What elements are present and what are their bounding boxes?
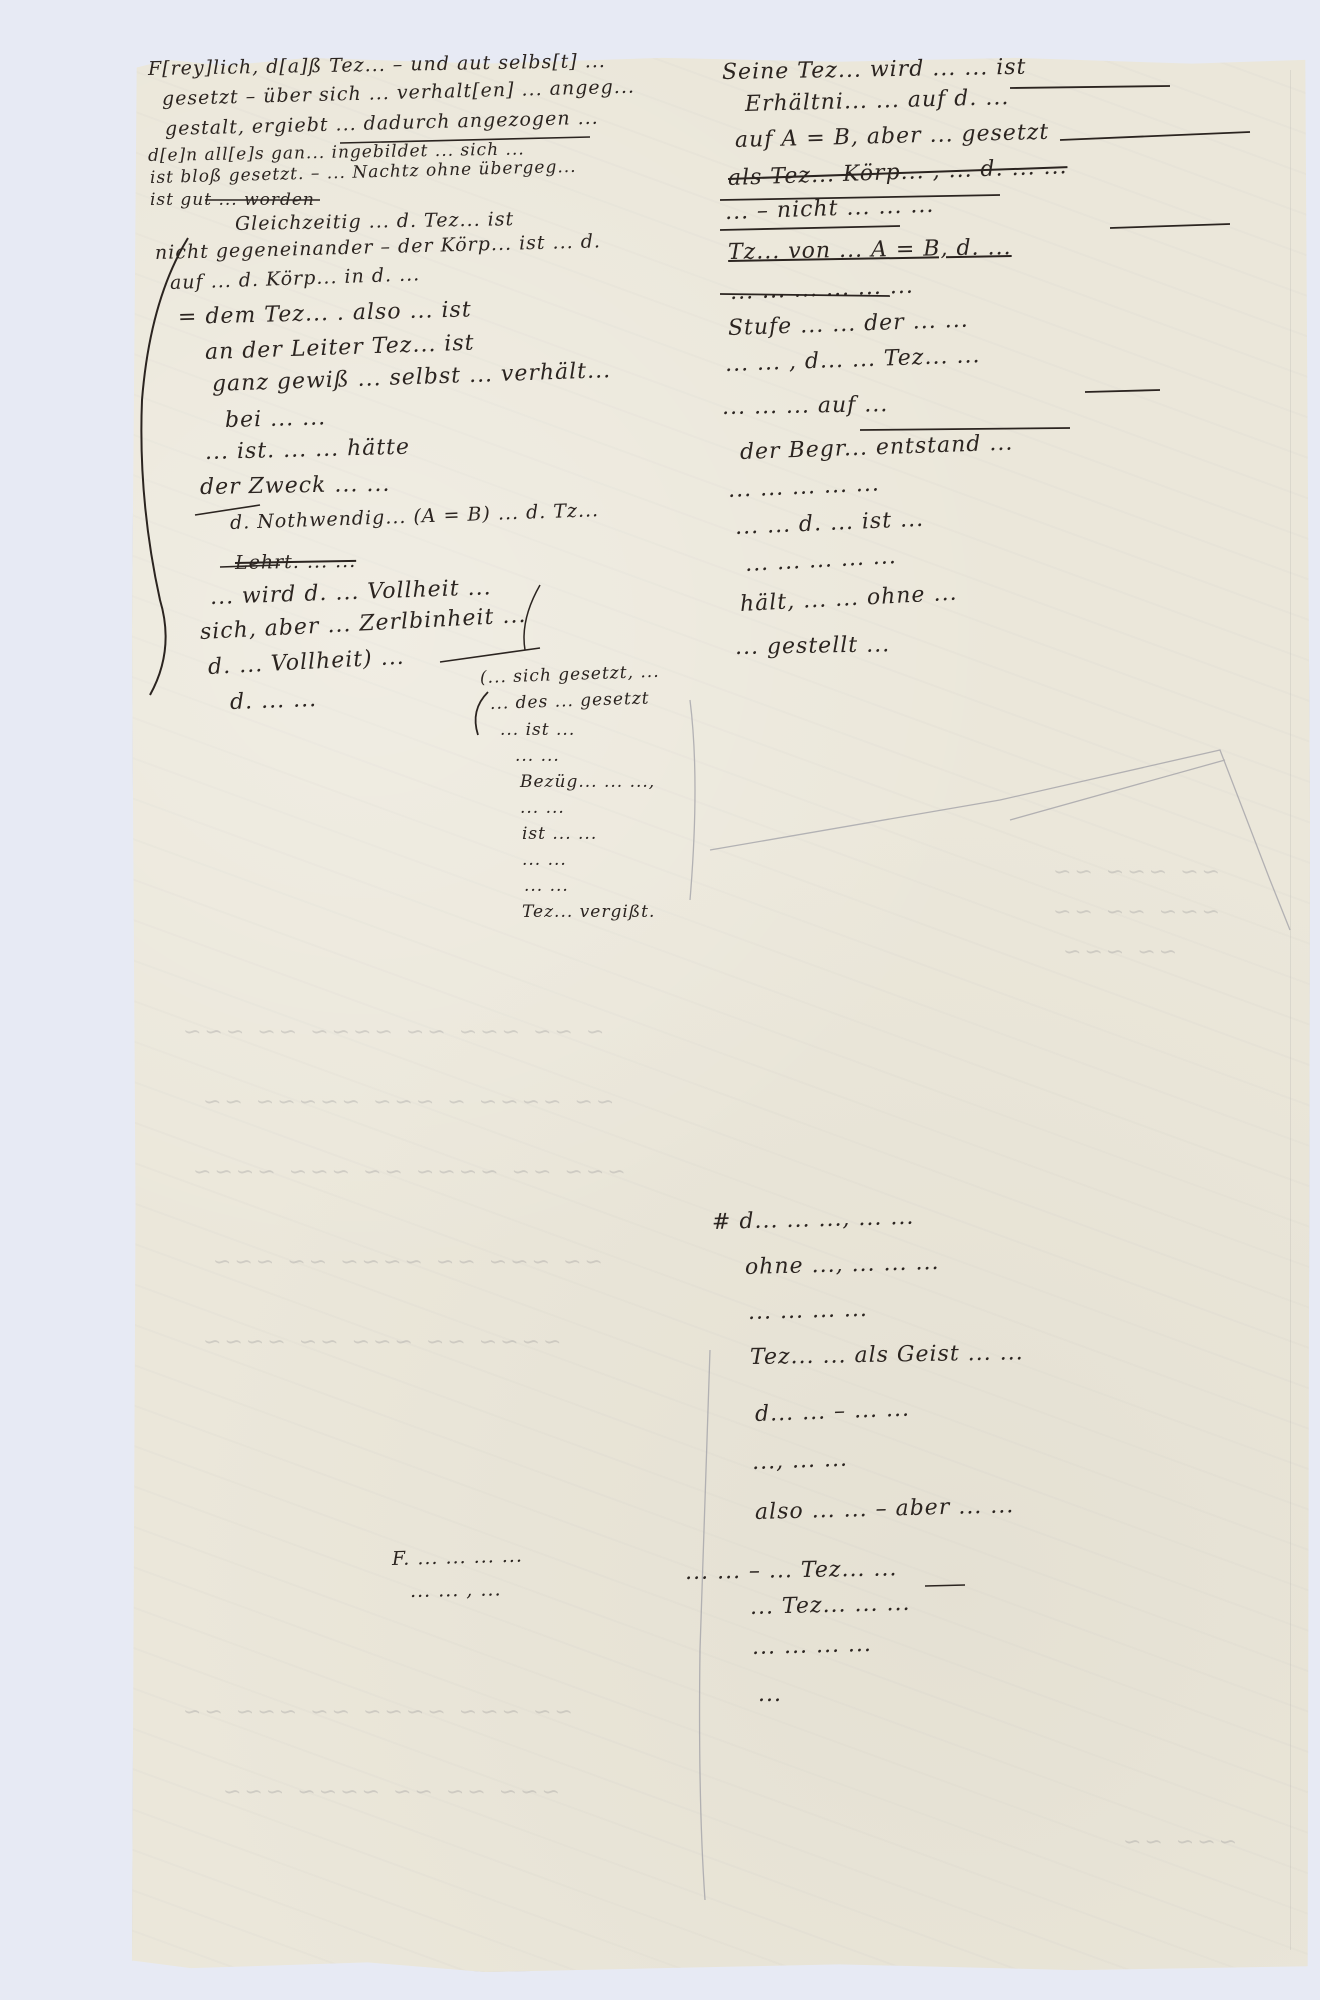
- manuscript-line: bei ... ...: [225, 405, 327, 433]
- manuscript-line: ...: [758, 1682, 782, 1707]
- manuscript-line: ... ... , ...: [410, 1578, 502, 1602]
- manuscript-line: ..., ... ...: [752, 1447, 849, 1475]
- manuscript-line: Tez... ... als Geist ... ...: [750, 1340, 1024, 1370]
- manuscript-line: # d... ... ..., ... ...: [712, 1205, 915, 1235]
- manuscript-line: ... gestellt ...: [735, 632, 891, 660]
- inset-paren-icon: [476, 692, 488, 735]
- manuscript-line: Tez... vergißt.: [522, 902, 655, 922]
- manuscript-line: ist gut ... worden: [150, 190, 315, 210]
- manuscript-line: Seine Tez... wird ... ... ist: [722, 55, 1027, 85]
- manuscript-line: ... ...: [524, 876, 569, 896]
- manuscript-line: Lehrt. ... ...: [235, 550, 357, 574]
- manuscript-line: ... Tez... ... ...: [750, 1591, 911, 1620]
- manuscript-line: ... ... – ... Tez... ...: [685, 1556, 898, 1585]
- manuscript-line: Bezüg... ... ...,: [520, 772, 655, 792]
- manuscript-line: ... ...: [522, 850, 567, 870]
- drawing-layer: [0, 0, 1320, 2000]
- manuscript-line: ... ... ... ...: [748, 1297, 869, 1325]
- manuscript-line: ist ... ...: [522, 824, 597, 844]
- manuscript-line: ... ist ...: [500, 720, 575, 740]
- manuscript-line: ... ...: [520, 798, 565, 818]
- manuscript-line: ohne ..., ... ... ...: [745, 1250, 940, 1280]
- manuscript-line: der Zweck ... ...: [200, 472, 391, 500]
- manuscript-line: d. ... ...: [230, 687, 318, 715]
- manuscript-line: ... ... ... auf ...: [722, 392, 889, 420]
- manuscript-line: Tz... von ... A = B, d. ...: [728, 235, 1012, 265]
- manuscript-line: ... ...: [515, 746, 560, 766]
- manuscript-line: F. ... ... ... ...: [392, 1545, 523, 1570]
- manuscript-line: ... ... ... ...: [752, 1632, 873, 1660]
